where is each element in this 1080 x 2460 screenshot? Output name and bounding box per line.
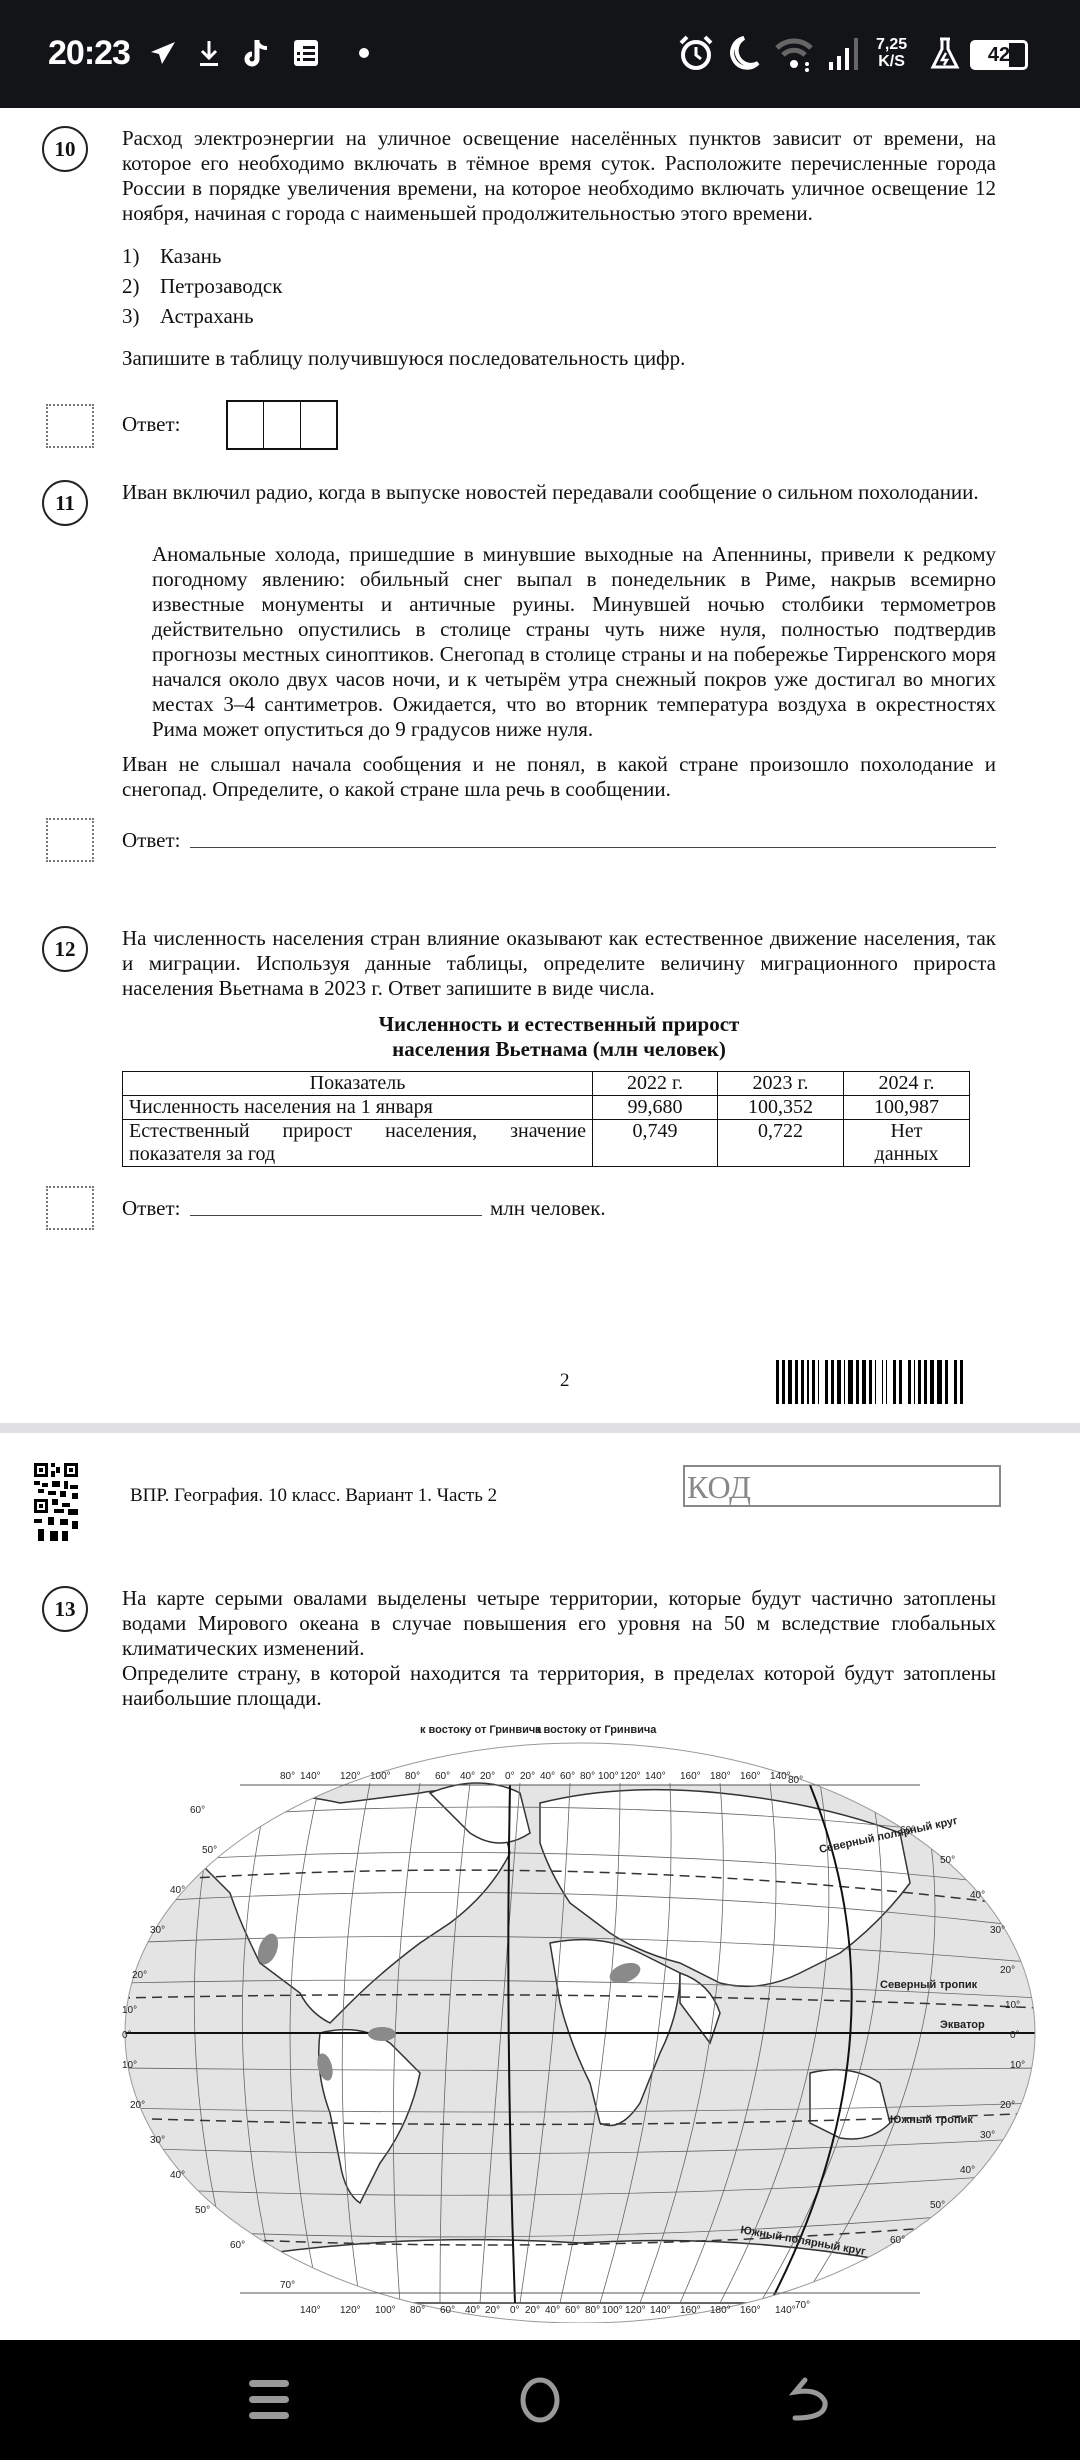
net-speed-unit: K/S (876, 53, 907, 70)
answer-cell[interactable] (228, 402, 264, 448)
equator-label: Экватор (940, 2019, 985, 2031)
table-header: 2022 г. (593, 1072, 718, 1096)
q11-quote: Аномальные холода, пришедшие в минувшие … (152, 542, 996, 742)
q11-text: Иван включил радио, когда в выпуске ново… (122, 480, 996, 505)
svg-text:180°: 180° (710, 2305, 731, 2316)
table-cell: 0,722 (718, 1120, 844, 1167)
map-label-east: к востоку от Гринвича (535, 1724, 657, 1736)
svg-text:60°: 60° (565, 2305, 580, 2316)
svg-text:80°: 80° (410, 2305, 425, 2316)
svg-text:0°: 0° (1010, 2030, 1020, 2041)
svg-text:60°: 60° (440, 2305, 455, 2316)
svg-text:140°: 140° (775, 2305, 796, 2316)
question-number-13: 13 (42, 1586, 88, 1632)
back-icon[interactable] (776, 2370, 846, 2430)
alarm-icon (676, 36, 716, 70)
table-title-line-1: Численность и естественный прирост (122, 1012, 996, 1037)
checklist-icon (290, 36, 322, 70)
document-page-1: 10 Расход электроэнергии на уличное осве… (0, 108, 1080, 1423)
svg-text:0°: 0° (510, 2305, 520, 2316)
svg-text:140°: 140° (300, 1771, 321, 1782)
battery-level: 42 (973, 43, 1025, 67)
svg-text:50°: 50° (195, 2205, 210, 2216)
table-row: Численность населения на 1 января 99,680… (123, 1096, 970, 1120)
svg-text:20°: 20° (132, 1970, 147, 1981)
svg-text:80°: 80° (280, 1771, 295, 1782)
answer-cell[interactable] (264, 402, 300, 448)
telegram-icon (146, 36, 180, 70)
tropic-north-label: Северный тропик (880, 1979, 978, 1991)
svg-text:10°: 10° (1005, 2000, 1020, 2011)
svg-text:60°: 60° (230, 2240, 245, 2251)
svg-text:160°: 160° (740, 1771, 761, 1782)
option-number: 3) (122, 304, 160, 329)
q12-answer-label: Ответ: (122, 1196, 180, 1221)
svg-text:160°: 160° (740, 2305, 761, 2316)
q10-text: Расход электроэнергии на уличное освещен… (122, 126, 996, 226)
svg-text:160°: 160° (680, 2305, 701, 2316)
table-cell: 99,680 (593, 1096, 718, 1120)
svg-text:30°: 30° (150, 1925, 165, 1936)
svg-text:40°: 40° (460, 1771, 475, 1782)
barcode (776, 1360, 1016, 1404)
lab-flask-icon (928, 36, 962, 70)
svg-text:30°: 30° (990, 1925, 1005, 1936)
navigation-bar (0, 2340, 1080, 2460)
svg-text:180°: 180° (710, 1771, 731, 1782)
page-number: 2 (560, 1370, 570, 1392)
map-label-west: к востоку от Гринвича (420, 1724, 542, 1736)
svg-text:100°: 100° (375, 2305, 396, 2316)
question-number-11: 11 (42, 480, 88, 526)
svg-text:50°: 50° (202, 1845, 217, 1856)
document-page-2: ВПР. География. 10 класс. Вариант 1. Час… (0, 1433, 1080, 2343)
dot-icon (356, 36, 372, 70)
svg-text:20°: 20° (1000, 2100, 1015, 2111)
q10-option-1: 1)Казань (122, 244, 221, 269)
svg-text:20°: 20° (480, 1771, 495, 1782)
q11-question: Иван не слышал начала сообщения и не пон… (122, 752, 996, 802)
table-title-line-2: населения Вьетнама (млн человек) (122, 1037, 996, 1062)
q11-score-box (46, 818, 94, 862)
svg-text:10°: 10° (1010, 2060, 1025, 2071)
svg-text:10°: 10° (122, 2005, 137, 2016)
svg-text:140°: 140° (645, 1771, 666, 1782)
svg-text:70°: 70° (280, 2280, 295, 2291)
exam-header: ВПР. География. 10 класс. Вариант 1. Час… (130, 1485, 497, 1507)
svg-text:100°: 100° (598, 1771, 619, 1782)
svg-text:80°: 80° (580, 1771, 595, 1782)
q12-answer-unit: млн человек. (490, 1196, 606, 1221)
option-label: Казань (160, 244, 221, 268)
svg-text:0°: 0° (122, 2030, 132, 2041)
table-header-row: Показатель 2022 г. 2023 г. 2024 г. (123, 1072, 970, 1096)
svg-text:160°: 160° (680, 1771, 701, 1782)
svg-text:80°: 80° (788, 1775, 803, 1786)
table-cell: Численность населения на 1 января (123, 1096, 593, 1120)
q13-text-1: На карте серыми овалами выделены четыре … (122, 1586, 996, 1661)
svg-text:40°: 40° (970, 1890, 985, 1901)
world-map: к востоку от Гринвича к востоку от Гринв… (120, 1723, 1040, 2323)
svg-text:40°: 40° (545, 2305, 560, 2316)
do-not-disturb-moon-icon (726, 36, 762, 70)
table-header: Показатель (123, 1072, 593, 1096)
svg-text:40°: 40° (540, 1771, 555, 1782)
clock: 20:23 (48, 34, 130, 73)
q13-text-2: Определите страну, в которой находится т… (122, 1661, 996, 1711)
svg-text:70°: 70° (795, 2300, 810, 2311)
wifi-icon (772, 36, 816, 70)
q10-score-box (46, 404, 94, 448)
svg-text:120°: 120° (625, 2305, 646, 2316)
download-icon (194, 36, 224, 70)
option-number: 1) (122, 244, 160, 269)
svg-text:40°: 40° (170, 2170, 185, 2181)
svg-text:40°: 40° (170, 1885, 185, 1896)
home-icon[interactable] (505, 2370, 575, 2430)
code-field[interactable]: КОД (683, 1465, 1001, 1507)
svg-text:20°: 20° (520, 1771, 535, 1782)
answer-cell[interactable] (301, 402, 336, 448)
svg-text:60°: 60° (560, 1771, 575, 1782)
svg-text:120°: 120° (620, 1771, 641, 1782)
table-cell: Нет данных (844, 1120, 970, 1167)
q10-instruction: Запишите в таблицу получившуюся последов… (122, 346, 996, 371)
tiktok-icon (240, 36, 272, 70)
table-cell: 100,987 (844, 1096, 970, 1120)
svg-text:100°: 100° (602, 2305, 623, 2316)
signal-icon (826, 36, 862, 70)
svg-text:40°: 40° (960, 2165, 975, 2176)
svg-text:0°: 0° (505, 1771, 515, 1782)
q10-answer-cells[interactable] (226, 400, 338, 450)
population-table: Показатель 2022 г. 2023 г. 2024 г. Числе… (122, 1071, 970, 1167)
page-separator (0, 1423, 1080, 1433)
svg-text:50°: 50° (930, 2200, 945, 2211)
svg-text:20°: 20° (1000, 1965, 1015, 1976)
q12-score-box (46, 1186, 94, 1230)
svg-text:20°: 20° (525, 2305, 540, 2316)
svg-text:40°: 40° (465, 2305, 480, 2316)
battery-icon: 42 (970, 40, 1028, 70)
svg-text:140°: 140° (300, 2305, 321, 2316)
table-cell: 0,749 (593, 1120, 718, 1167)
svg-text:20°: 20° (130, 2100, 145, 2111)
q11-answer-line[interactable] (190, 846, 996, 848)
q10-answer-label: Ответ: (122, 412, 180, 437)
svg-text:100°: 100° (370, 1771, 391, 1782)
svg-text:80°: 80° (585, 2305, 600, 2316)
status-bar: 20:23 7,25 K/S 42 (0, 0, 1080, 108)
q12-answer-line[interactable] (190, 1214, 482, 1216)
option-label: Астрахань (160, 304, 254, 328)
network-speed: 7,25 K/S (876, 36, 907, 70)
svg-text:10°: 10° (122, 2060, 137, 2071)
svg-text:20°: 20° (485, 2305, 500, 2316)
svg-text:60°: 60° (890, 2235, 905, 2246)
q10-option-2: 2)Петрозаводск (122, 274, 282, 299)
svg-text:30°: 30° (980, 2130, 995, 2141)
net-speed-value: 7,25 (876, 36, 907, 53)
option-label: Петрозаводск (160, 274, 282, 298)
table-cell: 100,352 (718, 1096, 844, 1120)
recent-apps-icon[interactable] (234, 2370, 304, 2430)
svg-text:120°: 120° (340, 2305, 361, 2316)
svg-text:30°: 30° (150, 2135, 165, 2146)
tropic-south-label: Южный тропик (890, 2114, 973, 2126)
svg-text:50°: 50° (940, 1855, 955, 1866)
table-cell: Естественный прирост населения, значение… (123, 1120, 593, 1167)
question-number-10: 10 (42, 126, 88, 172)
q11-answer-label: Ответ: (122, 828, 180, 853)
question-number-12: 12 (42, 926, 88, 972)
q12-text: На численность населения стран влияние о… (122, 926, 996, 1001)
qr-code (34, 1463, 78, 1541)
q10-option-3: 3)Астрахань (122, 304, 254, 329)
svg-text:60°: 60° (435, 1771, 450, 1782)
svg-text:120°: 120° (340, 1771, 361, 1782)
table-row: Естественный прирост населения, значение… (123, 1120, 970, 1167)
svg-text:80°: 80° (405, 1771, 420, 1782)
svg-text:60°: 60° (190, 1805, 205, 1816)
option-number: 2) (122, 274, 160, 299)
table-header: 2024 г. (844, 1072, 970, 1096)
table-header: 2023 г. (718, 1072, 844, 1096)
svg-text:140°: 140° (650, 2305, 671, 2316)
